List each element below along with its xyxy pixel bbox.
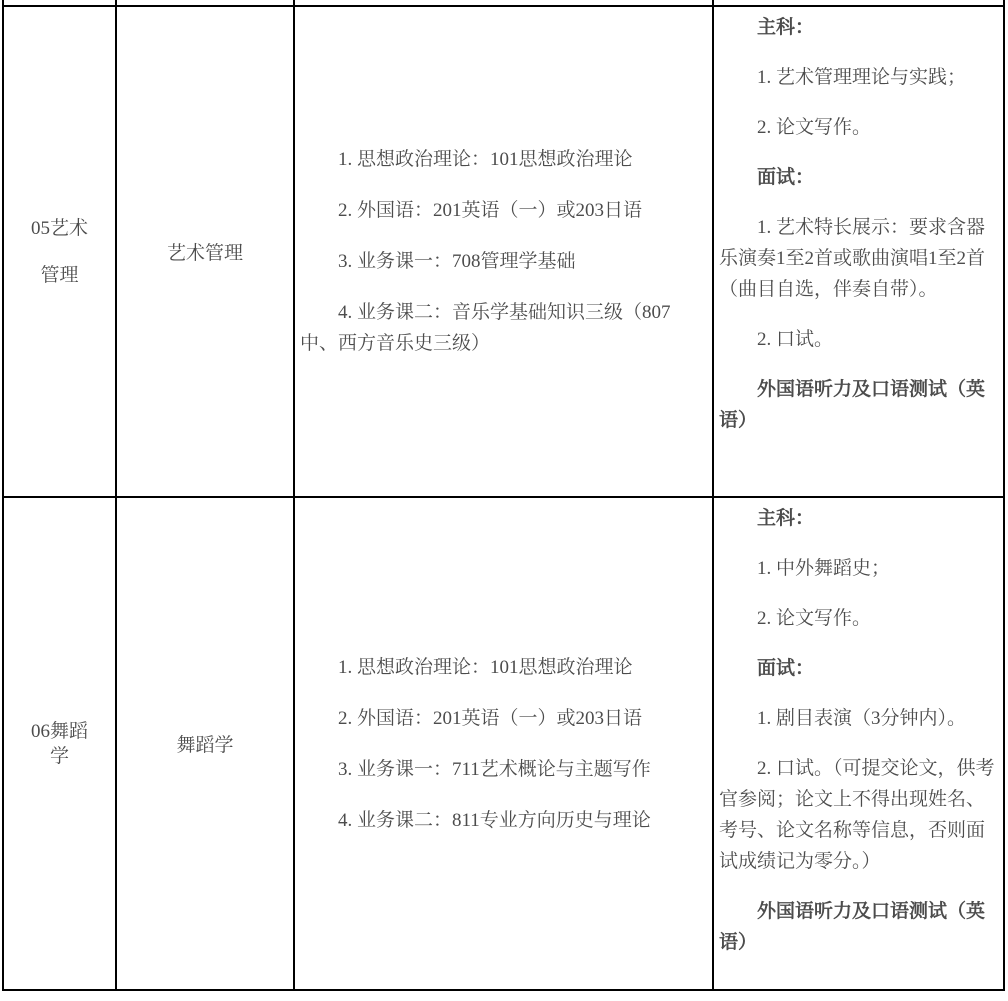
requirement-item: 1. 中外舞蹈史； [719,553,997,584]
requirement-heading: 面试： [719,653,997,684]
exam-subject-item: 2. 外国语：201英语（一）或203日语 [300,195,706,226]
requirement-item: 2. 口试。 [719,324,997,355]
exam-subject-item: 2. 外国语：201英语（一）或203日语 [300,703,706,734]
program-code: 05艺术 管理 [8,205,111,299]
requirement-item: 1. 艺术管理理论与实践； [719,62,997,93]
exam-subject-item: 4. 业务课二：音乐学基础知识三级（807中、西方音乐史三级） [300,297,706,359]
admissions-exam-table: 05艺术 管理 艺术管理 1. 思想政治理论：101思想政治理论 2. 外国语：… [2,0,1005,991]
requirement-heading: 主科： [719,503,997,534]
program-code-line: 学 [8,744,111,769]
exam-subject-item: 4. 业务课二：811专业方向历史与理论 [300,805,706,836]
research-direction-cell: 艺术管理 [116,6,294,497]
research-direction-label: 舞蹈学 [176,735,233,756]
requirement-item: 2. 论文写作。 [719,112,997,143]
exam-subject-item: 3. 业务课一：708管理学基础 [300,246,706,277]
requirement-item: 1. 剧目表演（3分钟内）。 [719,703,997,734]
requirement-heading: 主科： [719,12,997,43]
exam-subjects-cell: 1. 思想政治理论：101思想政治理论 2. 外国语：201英语（一）或203日… [294,497,713,990]
table-row-dance-studies: 06舞蹈 学 舞蹈学 1. 思想政治理论：101思想政治理论 2. 外国语：20… [3,497,1004,990]
requirement-item: 2. 口试。（可提交论文，供考官参阅；论文上不得出现姓名、考号、论文名称等信息，… [719,753,997,877]
program-code-cell: 05艺术 管理 [3,6,116,497]
program-code: 06舞蹈 学 [8,719,111,769]
exam-subject-item: 3. 业务课一：711艺术概论与主题写作 [300,754,706,785]
foreign-language-test-note: 外国语听力及口语测试（英语） [719,896,997,958]
retest-requirements-cell: 主科： 1. 中外舞蹈史； 2. 论文写作。 面试： 1. 剧目表演（3分钟内）… [713,497,1004,990]
program-code-line: 06舞蹈 [8,719,111,744]
foreign-language-test-note: 外国语听力及口语测试（英语） [719,374,997,436]
requirement-heading: 面试： [719,162,997,193]
program-code-cell: 06舞蹈 学 [3,497,116,990]
requirement-item: 1. 艺术特长展示：要求含器乐演奏1至2首或歌曲演唱1至2首（曲目自选，伴奏自带… [719,212,997,305]
exam-subject-item: 1. 思想政治理论：101思想政治理论 [300,652,706,683]
table-row-art-management: 05艺术 管理 艺术管理 1. 思想政治理论：101思想政治理论 2. 外国语：… [3,6,1004,497]
program-code-line: 管理 [8,252,111,299]
exam-subject-item: 1. 思想政治理论：101思想政治理论 [300,144,706,175]
research-direction-label: 艺术管理 [167,243,243,264]
requirement-item: 2. 论文写作。 [719,603,997,634]
exam-subjects-cell: 1. 思想政治理论：101思想政治理论 2. 外国语：201英语（一）或203日… [294,6,713,497]
program-code-line: 05艺术 [8,205,111,252]
retest-requirements-cell: 主科： 1. 艺术管理理论与实践； 2. 论文写作。 面试： 1. 艺术特长展示… [713,6,1004,497]
research-direction-cell: 舞蹈学 [116,497,294,990]
